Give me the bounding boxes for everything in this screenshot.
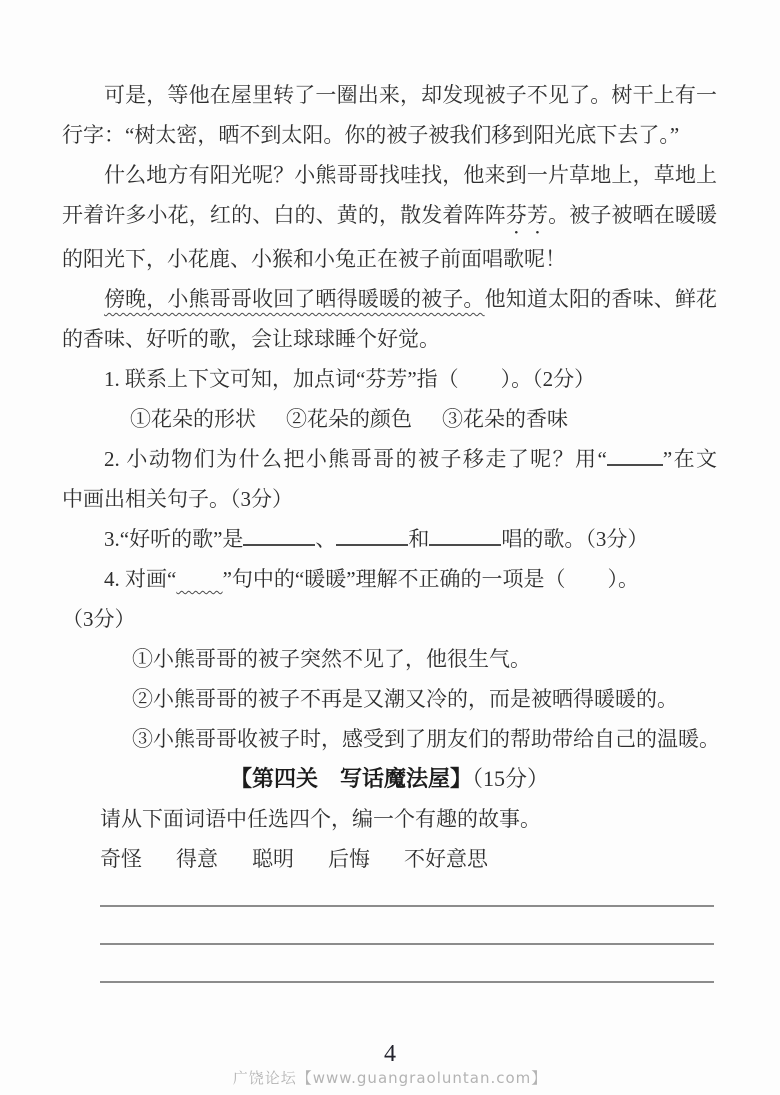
question-4-option-2: ②小熊哥哥的被子不再是又潮又冷的，而是被晒得暖暖的。 (62, 679, 717, 719)
page-number: 4 (0, 1040, 780, 1068)
passage-text: 什么地方有阳光呢？小熊哥哥找哇找，他来到一片草地上，草地上 (104, 163, 717, 187)
question-2-text-post: ”在文 (663, 447, 717, 471)
question-4-score: （3分） (62, 607, 136, 631)
passage-text: 开着许多小花，红的、白的、黄的，散发着阵阵 (62, 203, 506, 227)
question-1-option-1: ①花朵的形状 (130, 399, 256, 439)
word-choices: 奇怪 得意 聪明 后悔 不好意思 (62, 839, 717, 879)
passage-text: 的香味、好听的歌，会让球球睡个好觉。 (62, 327, 440, 351)
question-2-text-pre: 2. 小动物们为什么把小熊哥哥的被子移走了呢？用“ (104, 447, 607, 471)
question-1-options: ①花朵的形状 ②花朵的颜色 ③花朵的香味 (62, 399, 717, 439)
passage-text: 可是，等他在屋里转了一圈出来，却发现被子不见了。树干上有一 (104, 83, 717, 107)
question-4-line2: （3分） (62, 599, 717, 639)
answer-blank-3 (429, 520, 501, 546)
word-choice-4: 后悔 (328, 839, 370, 879)
writing-instruction: 请从下面词语中任选四个，编一个有趣的故事。 (62, 799, 717, 839)
instruction-text: 请从下面词语中任选四个，编一个有趣的故事。 (100, 807, 541, 831)
passage-para1-line1: 可是，等他在屋里转了一圈出来，却发现被子不见了。树干上有一 (62, 75, 717, 115)
question-3-sep1: 、 (315, 527, 336, 551)
passage-text: 的阳光下，小花鹿、小猴和小兔正在被子前面唱歌呢！ (62, 247, 566, 271)
section-4-title: 【第四关 写话魔法屋】 (230, 766, 472, 791)
question-2-line2: 中画出相关句子。（3分） (62, 479, 717, 519)
passage-para2-line2: 开着许多小花，红的、白的、黄的，散发着阵阵芬芳。被子被晒在暖暖 (62, 195, 717, 239)
option-text: ①小熊哥哥的被子突然不见了，他很生气。 (132, 647, 531, 671)
passage-text: 行字：“树太密，晒不到太阳。你的被子被我们移到阳光底下去了。” (62, 123, 679, 147)
word-choice-3: 聪明 (252, 839, 294, 879)
writing-line-2 (100, 907, 714, 945)
emphasized-word-fenfang: 芬芳 (506, 203, 548, 227)
option-text: ②小熊哥哥的被子不再是又潮又冷的，而是被晒得暖暖的。 (132, 687, 678, 711)
section-4-score: （15分） (472, 766, 549, 791)
question-3-text-post: 唱的歌。（3分） (501, 527, 648, 551)
option-text: ③小熊哥哥收被子时，感受到了朋友们的帮助带给自己的温暖。 (132, 727, 720, 751)
question-1-option-3: ③花朵的香味 (442, 399, 568, 439)
question-1-option-2: ②花朵的颜色 (286, 399, 412, 439)
question-4-option-3: ③小熊哥哥收被子时，感受到了朋友们的帮助带给自己的温暖。 (62, 719, 717, 759)
question-4-text-pre: 4. 对画“ (104, 567, 176, 591)
word-choice-2: 得意 (176, 839, 218, 879)
question-3: 3.“好听的歌”是、和唱的歌。（3分） (62, 519, 717, 559)
writing-line-1 (100, 879, 714, 907)
passage-text: 。被子被晒在暖暖 (548, 203, 717, 227)
writing-answer-area (100, 879, 714, 983)
question-1-text: 1. 联系上下文可知，加点词“芬芳”指（ ）。（2分） (104, 367, 595, 391)
passage-para3-line2: 的香味、好听的歌，会让球球睡个好觉。 (62, 319, 717, 359)
question-2-text-cont: 中画出相关句子。（3分） (62, 487, 293, 511)
word-choice-1: 奇怪 (100, 839, 142, 879)
passage-text: 他知道太阳的香味、鲜花 (485, 287, 717, 311)
wavy-underlined-sentence: 傍晚，小熊哥哥收回了晒得暖暖的被子。 (104, 287, 485, 311)
word-choice-5: 不好意思 (404, 839, 488, 879)
answer-blank-underline (607, 440, 663, 466)
passage-para3-line1: 傍晚，小熊哥哥收回了晒得暖暖的被子。他知道太阳的香味、鲜花 (62, 279, 717, 319)
question-4-line1: 4. 对画“ ”句中的“暖暖”理解不正确的一项是（ ）。 (62, 559, 717, 599)
writing-line-3 (100, 945, 714, 983)
question-3-text-pre: 3.“好听的歌”是 (104, 527, 243, 551)
question-3-sep2: 和 (408, 527, 429, 551)
answer-blank-2 (336, 520, 408, 546)
passage-para2-line3: 的阳光下，小花鹿、小猴和小兔正在被子前面唱歌呢！ (62, 239, 717, 279)
section-4-header: 【第四关 写话魔法屋】（15分） (62, 759, 717, 799)
answer-blank-1 (243, 520, 315, 546)
question-4-text-post: ”句中的“暖暖”理解不正确的一项是（ ）。 (223, 567, 639, 591)
wavy-line-symbol (176, 567, 222, 591)
question-1: 1. 联系上下文可知，加点词“芬芳”指（ ）。（2分） (62, 359, 717, 399)
watermark-text: 广饶论坛【www.guangraoluntan.com】 (0, 1068, 780, 1088)
passage-para1-line2: 行字：“树太密，晒不到太阳。你的被子被我们移到阳光底下去了。” (62, 115, 717, 155)
question-2-line1: 2. 小动物们为什么把小熊哥哥的被子移走了呢？用“”在文 (62, 439, 717, 479)
passage-para2-line1: 什么地方有阳光呢？小熊哥哥找哇找，他来到一片草地上，草地上 (62, 155, 717, 195)
question-4-option-1: ①小熊哥哥的被子突然不见了，他很生气。 (62, 639, 717, 679)
worksheet-page: 可是，等他在屋里转了一圈出来，却发现被子不见了。树干上有一 行字：“树太密，晒不… (0, 0, 780, 983)
